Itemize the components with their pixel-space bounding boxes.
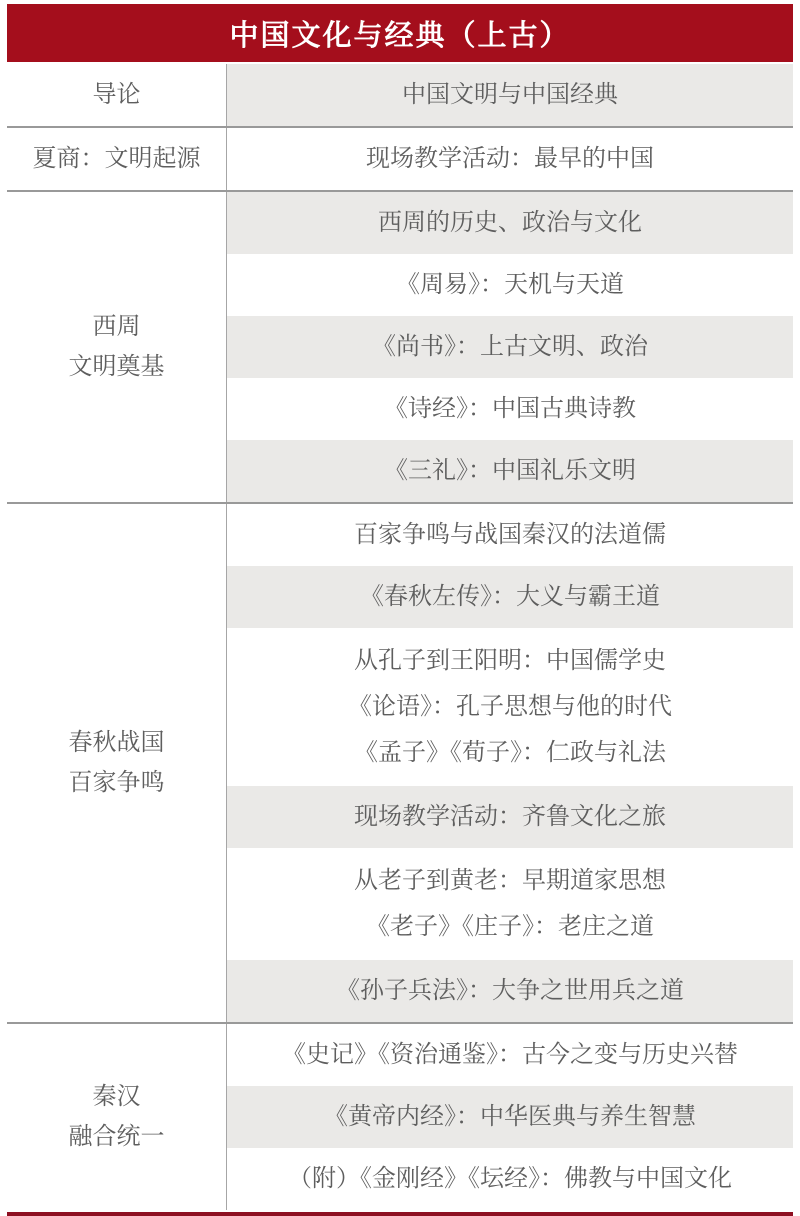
course-title: 现场教学活动：齐鲁文化之旅 bbox=[354, 794, 666, 840]
course-list: 百家争鸣与战国秦汉的法道儒《春秋左传》：大义与霸王道从孔子到王阳明：中国儒学史《… bbox=[227, 504, 793, 1022]
table-title-bar: 中国文化与经典（上古） bbox=[7, 4, 793, 62]
course-title: 《诗经》：中国古典诗教 bbox=[384, 386, 636, 432]
table-title: 中国文化与经典（上古） bbox=[229, 13, 570, 54]
course-title: 《论语》：孔子思想与他的时代 bbox=[348, 684, 672, 730]
course-row: 《史记》《资治通鉴》：古今之变与历史兴替 bbox=[227, 1024, 793, 1086]
table-section: 导论中国文明与中国经典 bbox=[7, 64, 793, 126]
course-title: 《孙子兵法》：大争之世用兵之道 bbox=[336, 968, 684, 1014]
course-list: 《史记》《资治通鉴》：古今之变与历史兴替《黄帝内经》：中华医典与养生智慧（附）《… bbox=[227, 1024, 793, 1210]
course-row: 中国文明与中国经典 bbox=[227, 64, 793, 126]
course-row: 《黄帝内经》：中华医典与养生智慧 bbox=[227, 1086, 793, 1148]
period-label: 文明奠基 bbox=[69, 347, 165, 387]
course-title: 《孟子》《荀子》：仁政与礼法 bbox=[354, 730, 666, 776]
table-section: 春秋战国百家争鸣百家争鸣与战国秦汉的法道儒《春秋左传》：大义与霸王道从孔子到王阳… bbox=[7, 502, 793, 1022]
course-title: （附）《金刚经》《坛经》：佛教与中国文化 bbox=[288, 1156, 732, 1202]
course-row: 现场教学活动：齐鲁文化之旅 bbox=[227, 786, 793, 848]
course-list: 现场教学活动：最早的中国 bbox=[227, 128, 793, 190]
course-title: 《尚书》：上古文明、政治 bbox=[372, 324, 648, 370]
course-list: 西周的历史、政治与文化《周易》：天机与天道《尚书》：上古文明、政治《诗经》：中国… bbox=[227, 192, 793, 502]
course-title: 《春秋左传》：大义与霸王道 bbox=[360, 574, 660, 620]
course-row: 《春秋左传》：大义与霸王道 bbox=[227, 566, 793, 628]
period-label: 西周 bbox=[93, 307, 141, 347]
table-section: 夏商：文明起源现场教学活动：最早的中国 bbox=[7, 126, 793, 190]
course-title: 西周的历史、政治与文化 bbox=[378, 200, 642, 246]
period-label: 夏商：文明起源 bbox=[33, 139, 201, 179]
period-cell: 夏商：文明起源 bbox=[7, 128, 227, 190]
period-label: 融合统一 bbox=[69, 1117, 165, 1157]
period-label: 春秋战国 bbox=[69, 723, 165, 763]
course-row: 《尚书》：上古文明、政治 bbox=[227, 316, 793, 378]
period-label: 导论 bbox=[93, 75, 141, 115]
course-row: 西周的历史、政治与文化 bbox=[227, 192, 793, 254]
course-row: （附）《金刚经》《坛经》：佛教与中国文化 bbox=[227, 1148, 793, 1210]
course-row: 百家争鸣与战国秦汉的法道儒 bbox=[227, 504, 793, 566]
course-row: 从孔子到王阳明：中国儒学史《论语》：孔子思想与他的时代《孟子》《荀子》：仁政与礼… bbox=[227, 628, 793, 786]
course-title: 《黄帝内经》：中华医典与养生智慧 bbox=[324, 1094, 696, 1140]
course-title: 《老子》《庄子》：老庄之道 bbox=[366, 904, 654, 950]
table-section: 西周文明奠基西周的历史、政治与文化《周易》：天机与天道《尚书》：上古文明、政治《… bbox=[7, 190, 793, 502]
course-title: 现场教学活动：最早的中国 bbox=[366, 136, 654, 182]
course-title: 《史记》《资治通鉴》：古今之变与历史兴替 bbox=[282, 1032, 738, 1078]
course-row: 《周易》：天机与天道 bbox=[227, 254, 793, 316]
course-row: 《诗经》：中国古典诗教 bbox=[227, 378, 793, 440]
course-title: 《周易》：天机与天道 bbox=[396, 262, 624, 308]
period-cell: 春秋战国百家争鸣 bbox=[7, 504, 227, 1022]
course-title: 中国文明与中国经典 bbox=[402, 72, 618, 118]
course-title: 从孔子到王阳明：中国儒学史 bbox=[354, 638, 666, 684]
course-row: 现场教学活动：最早的中国 bbox=[227, 128, 793, 190]
course-title: 从老子到黄老：早期道家思想 bbox=[354, 858, 666, 904]
period-label: 百家争鸣 bbox=[69, 763, 165, 803]
course-list: 中国文明与中国经典 bbox=[227, 64, 793, 126]
course-schedule-page: 中国文化与经典（上古） 导论中国文明与中国经典夏商：文明起源现场教学活动：最早的… bbox=[7, 0, 793, 1216]
period-cell: 秦汉融合统一 bbox=[7, 1024, 227, 1210]
course-title: 《三礼》：中国礼乐文明 bbox=[384, 448, 636, 494]
course-row: 《三礼》：中国礼乐文明 bbox=[227, 440, 793, 502]
period-cell: 西周文明奠基 bbox=[7, 192, 227, 502]
course-row: 《孙子兵法》：大争之世用兵之道 bbox=[227, 960, 793, 1022]
period-label: 秦汉 bbox=[93, 1077, 141, 1117]
course-title: 百家争鸣与战国秦汉的法道儒 bbox=[354, 512, 666, 558]
course-table: 导论中国文明与中国经典夏商：文明起源现场教学活动：最早的中国西周文明奠基西周的历… bbox=[7, 64, 793, 1210]
table-section: 秦汉融合统一《史记》《资治通鉴》：古今之变与历史兴替《黄帝内经》：中华医典与养生… bbox=[7, 1022, 793, 1210]
period-cell: 导论 bbox=[7, 64, 227, 126]
bottom-accent-line bbox=[7, 1212, 793, 1216]
course-row: 从老子到黄老：早期道家思想《老子》《庄子》：老庄之道 bbox=[227, 848, 793, 960]
